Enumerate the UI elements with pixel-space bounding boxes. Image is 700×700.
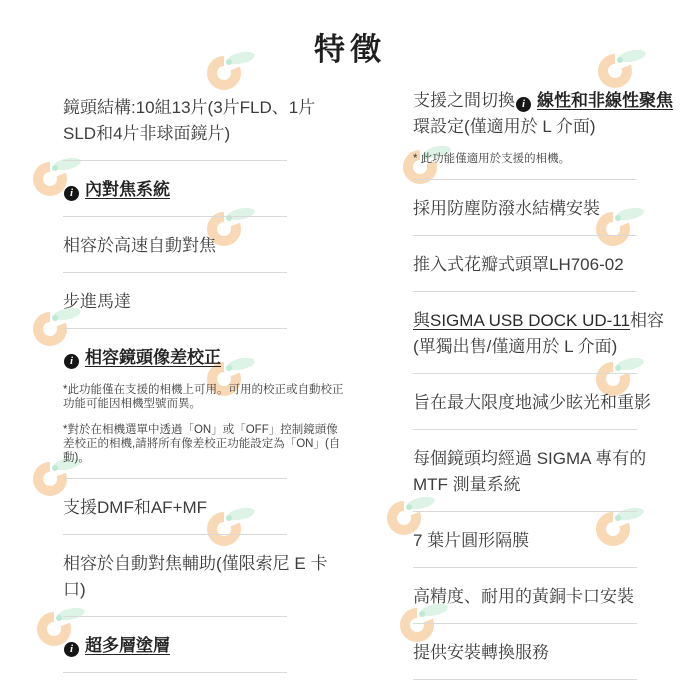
feature-text: i內對焦系統 (63, 177, 346, 203)
feature-text: 提供安裝轉換服務 (413, 640, 694, 666)
feature-item: 相容於自動對焦輔助(僅限索尼 E 卡口) (63, 535, 346, 616)
info-icon: i (516, 97, 531, 112)
feature-link[interactable]: 超多層塗層 (85, 636, 170, 655)
feature-item: 推入式花瓣式頭罩LH706-02 (413, 236, 694, 291)
feature-text-segment: 支援DMF和AF+MF (63, 498, 207, 517)
feature-text-segment: 提供安裝轉換服務 (413, 643, 549, 662)
info-icon: i (64, 186, 79, 201)
feature-text-segment: 環設定(僅適用於 L 介面) (413, 117, 596, 136)
feature-text-segment: SLD和4片非球面鏡片) (63, 124, 230, 143)
feature-text: 採用防塵防潑水結構安裝 (413, 196, 694, 222)
feature-text-segment: 相容 (630, 311, 664, 330)
footnote: *此功能僅在支援的相機上可用。可用的校正或自動校正功能可能因相機型號而異。 (63, 383, 346, 411)
feature-text-segment: 7 葉片圓形隔膜 (413, 531, 529, 550)
feature-item: 7 葉片圓形隔膜 (413, 512, 694, 567)
feature-link[interactable]: 與SIGMA USB DOCK UD-11 (413, 311, 630, 330)
feature-text: 步進馬達 (63, 289, 346, 315)
feature-text-segment: 步進馬達 (63, 292, 131, 311)
footnote: * 此功能僅適用於支援的相機。 (413, 152, 694, 166)
feature-text-segment: 每個鏡頭均經過 SIGMA 專有的 (413, 449, 646, 468)
feature-link[interactable]: 相容鏡頭像差校正 (85, 348, 221, 367)
feature-item: 支援之間切換i線性和非線性聚焦環設定(僅適用於 L 介面)* 此功能僅適用於支援… (413, 88, 694, 179)
feature-item: 高精度、耐用的黃銅卡口安裝 (413, 568, 694, 623)
feature-item: 與SIGMA USB DOCK UD-11相容(單獨出售/僅適用於 L 介面) (413, 292, 694, 373)
feature-text-segment: MTF 測量系統 (413, 475, 521, 494)
feature-text-segment: 推入式花瓣式頭罩LH706-02 (413, 255, 624, 274)
feature-list-left: 鏡頭結構:10組13片(3片FLD、1片SLD和4片非球面鏡片)i內對焦系統相容… (63, 95, 346, 673)
feature-text: 7 葉片圓形隔膜 (413, 528, 694, 554)
feature-text-segment: 鏡頭結構:10組13片(3片FLD、1片 (63, 98, 315, 117)
feature-text: 旨在最大限度地減少眩光和重影 (413, 390, 694, 416)
feature-text: 與SIGMA USB DOCK UD-11相容(單獨出售/僅適用於 L 介面) (413, 308, 694, 360)
feature-item: 採用防塵防潑水結構安裝 (413, 180, 694, 235)
footnote: *對於在相機選單中透過「ON」或「OFF」控制鏡頭像差校正的相機,請將所有像差校… (63, 423, 346, 465)
feature-item: i內對焦系統 (63, 161, 346, 216)
feature-text: 支援之間切換i線性和非線性聚焦環設定(僅適用於 L 介面) (413, 88, 694, 140)
divider (413, 679, 637, 680)
feature-text-segment: 高精度、耐用的黃銅卡口安裝 (413, 587, 634, 606)
feature-text: 相容於高速自動對焦 (63, 233, 346, 259)
info-icon: i (64, 354, 79, 369)
feature-item: i超多層塗層 (63, 617, 346, 672)
feature-text: 高精度、耐用的黃銅卡口安裝 (413, 584, 694, 610)
feature-item: 步進馬達 (63, 273, 346, 328)
feature-link[interactable]: 內對焦系統 (85, 180, 170, 199)
divider (63, 672, 287, 673)
feature-list-right: 支援之間切換i線性和非線性聚焦環設定(僅適用於 L 介面)* 此功能僅適用於支援… (413, 88, 694, 680)
feature-item: 支援DMF和AF+MF (63, 479, 346, 534)
feature-text: 鏡頭結構:10組13片(3片FLD、1片SLD和4片非球面鏡片) (63, 95, 346, 147)
feature-text-segment: 採用防塵防潑水結構安裝 (413, 199, 600, 218)
feature-item: 相容於高速自動對焦 (63, 217, 346, 272)
feature-text: i超多層塗層 (63, 633, 346, 659)
feature-text: 推入式花瓣式頭罩LH706-02 (413, 252, 694, 278)
feature-link[interactable]: 線性和非線性聚焦 (537, 91, 673, 110)
feature-text-segment: (單獨出售/僅適用於 L 介面) (413, 337, 617, 356)
feature-text-segment: 支援之間切換 (413, 91, 515, 110)
feature-item: i相容鏡頭像差校正*此功能僅在支援的相機上可用。可用的校正或自動校正功能可能因相… (63, 329, 346, 478)
feature-text: i相容鏡頭像差校正 (63, 345, 346, 371)
feature-text: 支援DMF和AF+MF (63, 495, 346, 521)
feature-text-segment: 相容於自動對焦輔助(僅限索尼 E 卡 (63, 554, 327, 573)
page-title: 特徵 (0, 24, 700, 69)
feature-text-segment: 相容於高速自動對焦 (63, 236, 216, 255)
feature-item: 旨在最大限度地減少眩光和重影 (413, 374, 694, 429)
feature-item: 每個鏡頭均經過 SIGMA 專有的MTF 測量系統 (413, 430, 694, 511)
feature-text-segment: 口) (63, 580, 86, 599)
feature-item: 鏡頭結構:10組13片(3片FLD、1片SLD和4片非球面鏡片) (63, 95, 346, 160)
info-icon: i (64, 642, 79, 657)
feature-text: 相容於自動對焦輔助(僅限索尼 E 卡口) (63, 551, 346, 603)
feature-text-segment: 旨在最大限度地減少眩光和重影 (413, 393, 651, 412)
feature-text: 每個鏡頭均經過 SIGMA 專有的MTF 測量系統 (413, 446, 694, 498)
feature-item: 提供安裝轉換服務 (413, 624, 694, 679)
